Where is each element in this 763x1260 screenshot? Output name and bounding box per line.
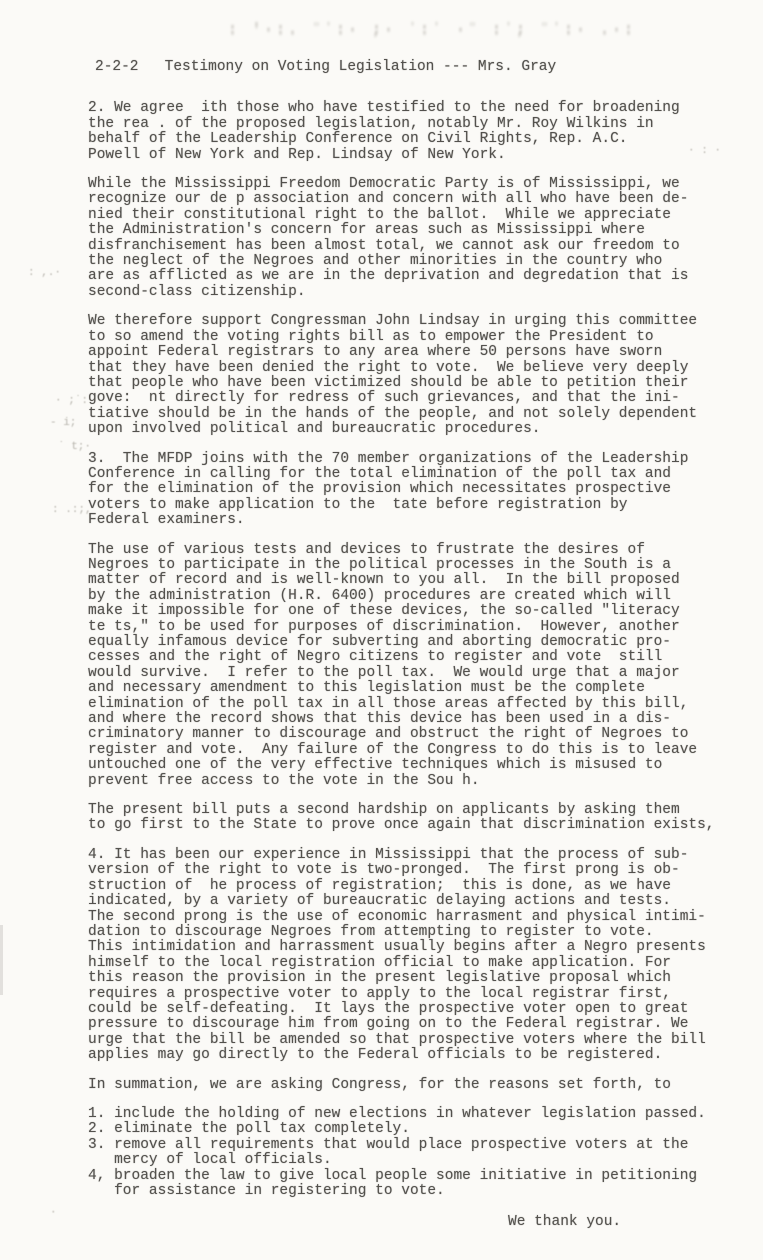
scan-speck: : .:;, [52, 505, 92, 516]
paragraph-second-hardship: The present bill puts a second hardship … [88, 803, 763, 834]
paragraph-poll-tax-elimination: 3. The MFDP joins with the 70 member org… [88, 452, 763, 529]
paragraph-mississippi-experience: 4. It has been our experience in Mississ… [88, 848, 763, 1064]
paragraph-in-summation: In summation, we are asking Congress, fo… [88, 1078, 763, 1093]
scan-speck: · [50, 1208, 57, 1219]
closing-thanks: We thank you. [508, 1215, 763, 1230]
scan-speck: - i; [50, 418, 76, 429]
paragraph-mfdp-association: While the Mississippi Freedom Democratic… [88, 177, 763, 300]
scan-speck: · ;˙: [55, 396, 88, 407]
scan-speck: · : · [688, 146, 721, 157]
document-page: : '·:. ¨˙:· ;· ˙:˙ ·¨ :˙; ¨˙:· .·: 2-2-2… [0, 0, 763, 1260]
paragraph-support-lindsay: We therefore support Congressman John Li… [88, 314, 763, 437]
scan-edge-mark [0, 925, 3, 995]
scan-speck: ˙ t;· [58, 442, 91, 453]
paragraph-broadening-legislation: 2. We agree ith those who have testified… [88, 101, 763, 163]
summation-list: 1. include the holding of new elections … [88, 1107, 763, 1199]
faded-header-stamp: : '·:. ¨˙:· ;· ˙:˙ ·¨ :˙; ¨˙:· .·: [228, 22, 588, 37]
document-title: 2-2-2 Testimony on Voting Legislation --… [95, 60, 763, 75]
paragraph-tests-and-devices: The use of various tests and devices to … [88, 543, 763, 790]
scan-speck: : ,.· [28, 268, 61, 279]
